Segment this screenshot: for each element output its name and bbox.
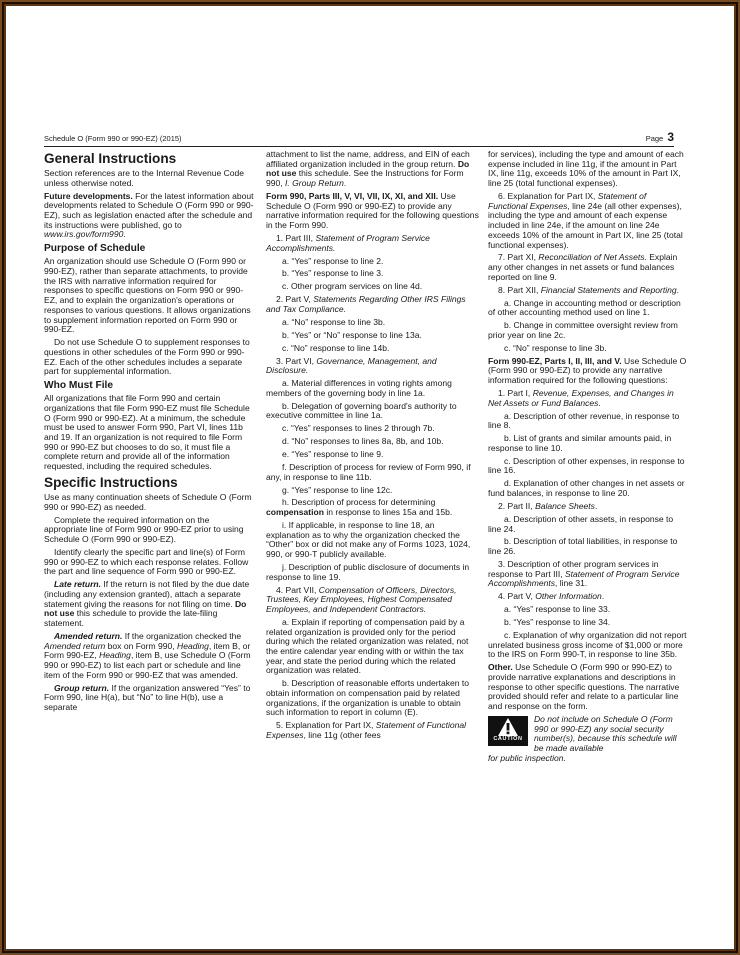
group-return-continued: attachment to list the name, address, an… xyxy=(266,150,480,189)
ez-item-1d: d. Explanation of other changes in net a… xyxy=(488,479,688,498)
item-5-part-ix: 5. Explanation for Part IX, Statement of… xyxy=(266,721,480,740)
punct: . xyxy=(344,178,346,188)
ez-item-2a: a. Description of other assets, in respo… xyxy=(488,515,688,534)
text: attachment to list the name, address, an… xyxy=(266,149,470,169)
text: h. Description of process for determinin… xyxy=(282,497,435,507)
caution-text: Do not include on Schedule O (Form 990 o… xyxy=(534,715,688,754)
caution-badge: CAUTION xyxy=(488,716,528,746)
text: 3. Part VI, xyxy=(276,356,316,366)
italic-term: Reconciliation of Net Assets xyxy=(538,252,644,262)
punct: . xyxy=(602,591,604,601)
heading-specific-instructions: Specific Instructions xyxy=(44,475,254,491)
item-3b: b. Delegation of governing board's autho… xyxy=(266,402,480,421)
item-3i: i. If applicable, in response to line 18… xyxy=(266,521,480,560)
column-3: for services), including the type and am… xyxy=(488,150,688,764)
amended-return-paragraph: Amended return. If the organization chec… xyxy=(44,632,254,681)
text: in response to lines 15a and 15b. xyxy=(324,507,452,517)
italic-term: I. Group Return xyxy=(285,178,344,188)
ez-item-2-part-ii: 2. Part II, Balance Sheets. xyxy=(488,502,688,512)
item-2b: b. “Yes” or “No” response to line 13a. xyxy=(266,331,480,341)
page-number-label: Page 3 xyxy=(646,130,674,144)
form-990-parts-paragraph: Form 990, Parts III, V, VI, VII, IX, XI,… xyxy=(266,192,480,231)
item-3f: f. Description of process for review of … xyxy=(266,463,480,482)
item-3-part-vi: 3. Part VI, Governance, Management, and … xyxy=(266,357,480,376)
group-return-lead: Group return. xyxy=(54,683,109,693)
item-7-part-xi: 7. Part XI, Reconciliation of Net Assets… xyxy=(488,253,688,282)
item-6-part-ix: 6. Explanation for Part IX, Statement of… xyxy=(488,192,688,250)
text: 5. Explanation for Part IX, xyxy=(276,720,376,730)
italic-term: Balance Sheets xyxy=(535,501,595,511)
caution-text-tail: for public inspection. xyxy=(488,754,688,764)
ez-item-4c: c. Explanation of why organization did n… xyxy=(488,631,688,660)
page-label: Page xyxy=(646,134,664,143)
text: 2. Part II, xyxy=(498,501,535,511)
other-lead: Other. xyxy=(488,662,513,672)
item-2-part-v: 2. Part V, Statements Regarding Other IR… xyxy=(266,295,480,314)
late-return-lead: Late return. xyxy=(54,579,101,589)
warning-triangle-icon xyxy=(498,718,518,736)
caution-notice: CAUTION Do not include on Schedule O (Fo… xyxy=(488,715,688,754)
future-developments-lead: Future developments. xyxy=(44,191,133,201)
section-references-text: Section references are to the Internal R… xyxy=(44,169,254,188)
ez-item-1b: b. List of grants and similar amounts pa… xyxy=(488,434,688,453)
amended-return-lead: Amended return. xyxy=(54,631,122,641)
form-title: Schedule O (Form 990 or 990-EZ) (2015) xyxy=(44,134,182,143)
group-return-paragraph: Group return. If the organization answer… xyxy=(44,684,254,713)
ez-item-4-part-v: 4. Part V, Other Information. xyxy=(488,592,688,602)
who-must-file-paragraph: All organizations that file Form 990 and… xyxy=(44,394,254,472)
ez-item-1c: c. Description of other expenses, in res… xyxy=(488,457,688,476)
ez-item-2b: b. Description of total liabilities, in … xyxy=(488,537,688,556)
item-8b: b. Change in committee oversight review … xyxy=(488,321,688,340)
form-990ez-parts-lead: Form 990-EZ, Parts I, II, III, and V. xyxy=(488,356,622,366)
ez-item-4b: b. “Yes” response to line 34. xyxy=(488,618,688,628)
future-developments-paragraph: Future developments. For the latest info… xyxy=(44,192,254,241)
specific-paragraph-1: Use as many continuation sheets of Sched… xyxy=(44,493,254,512)
item-4-part-vii: 4. Part VII, Compensation of Officers, D… xyxy=(266,586,480,615)
text: box on Form 990, xyxy=(105,641,177,651)
italic-term: Amended return xyxy=(44,641,105,651)
page-header: Schedule O (Form 990 or 990-EZ) (2015) P… xyxy=(44,130,674,147)
page-number: 3 xyxy=(667,130,674,144)
punct: . xyxy=(123,229,125,239)
italic-term: Heading xyxy=(99,650,131,660)
item-3a: a. Material differences in voting rights… xyxy=(266,379,480,398)
other-paragraph: Other. Use Schedule O (Form 990 or 990-E… xyxy=(488,663,688,712)
item-1c: c. Other program services on line 4d. xyxy=(266,282,480,292)
item-4b: b. Description of reasonable efforts und… xyxy=(266,679,480,718)
text: 6. Explanation for Part IX, xyxy=(498,191,598,201)
text: , line 31. xyxy=(555,578,587,588)
item-8c: c. “No” response to line 3b. xyxy=(488,344,688,354)
punct: . xyxy=(598,398,600,408)
item-8a: a. Change in accounting method or descri… xyxy=(488,299,688,318)
bold-term: compensation xyxy=(266,507,324,517)
item-1-part-iii: 1. Part III, Statement of Program Servic… xyxy=(266,234,480,253)
text: If the organization checked the xyxy=(122,631,241,641)
item-3c: c. “Yes” responses to lines 2 through 7b… xyxy=(266,424,480,434)
specific-paragraph-2: Complete the required information on the… xyxy=(44,516,254,545)
italic-term: Financial Statements and Reporting xyxy=(541,285,677,295)
text: 2. Part V, xyxy=(276,294,313,304)
ez-item-1a: a. Description of other revenue, in resp… xyxy=(488,412,688,431)
punct: . xyxy=(677,285,679,295)
item-2c: c. “No” response to line 14b. xyxy=(266,344,480,354)
item-3g: g. “Yes” response to line 12c. xyxy=(266,486,480,496)
ez-item-4a: a. “Yes” response to line 33. xyxy=(488,605,688,615)
heading-who-must-file: Who Must File xyxy=(44,380,254,392)
heading-purpose-of-schedule: Purpose of Schedule xyxy=(44,243,254,255)
late-return-paragraph: Late return. If the return is not filed … xyxy=(44,580,254,629)
item-5-continued: for services), including the type and am… xyxy=(488,150,688,189)
text: 1. Part III, xyxy=(276,233,315,243)
column-2: attachment to list the name, address, an… xyxy=(266,150,480,744)
ez-item-3: 3. Description of other program services… xyxy=(488,560,688,589)
italic-term: Other Information xyxy=(535,591,602,601)
item-1b: b. “Yes” response to line 3. xyxy=(266,269,480,279)
text: 7. Part XI, xyxy=(498,252,538,262)
item-3d: d. “No” responses to lines 8a, 8b, and 1… xyxy=(266,437,480,447)
specific-paragraph-3: Identify clearly the specific part and l… xyxy=(44,548,254,577)
form-990-parts-lead: Form 990, Parts III, V, VI, VII, IX, XI,… xyxy=(266,191,438,201)
item-4a: a. Explain if reporting of compensation … xyxy=(266,618,480,676)
punct: . xyxy=(595,501,597,511)
caution-label: CAUTION xyxy=(488,735,528,745)
item-3e: e. “Yes” response to line 9. xyxy=(266,450,480,460)
text: 1. Part I, xyxy=(498,388,533,398)
form-990ez-parts-paragraph: Form 990-EZ, Parts I, II, III, and V. Us… xyxy=(488,357,688,386)
heading-general-instructions: General Instructions xyxy=(44,151,254,167)
purpose-paragraph-2: Do not use Schedule O to supplement resp… xyxy=(44,338,254,377)
ez-item-1-part-i: 1. Part I, Revenue, Expenses, and Change… xyxy=(488,389,688,408)
italic-term: Heading xyxy=(177,641,209,651)
text: , line 11g (other fees xyxy=(304,730,381,740)
item-8-part-xii: 8. Part XII, Financial Statements and Re… xyxy=(488,286,688,296)
purpose-paragraph-1: An organization should use Schedule O (F… xyxy=(44,257,254,335)
item-2a: a. “No” response to line 3b. xyxy=(266,318,480,328)
text: 4. Part VII, xyxy=(276,585,319,595)
irs-form990-link[interactable]: www.irs.gov/form990 xyxy=(44,229,123,239)
item-3j: j. Description of public disclosure of d… xyxy=(266,563,480,582)
text: 4. Part V, xyxy=(498,591,535,601)
item-3h: h. Description of process for determinin… xyxy=(266,498,480,517)
text: 8. Part XII, xyxy=(498,285,541,295)
item-1a: a. “Yes” response to line 2. xyxy=(266,257,480,267)
text: Use Schedule O (Form 990 or 990-EZ) to p… xyxy=(488,662,679,711)
column-1: General Instructions Section references … xyxy=(44,150,254,716)
